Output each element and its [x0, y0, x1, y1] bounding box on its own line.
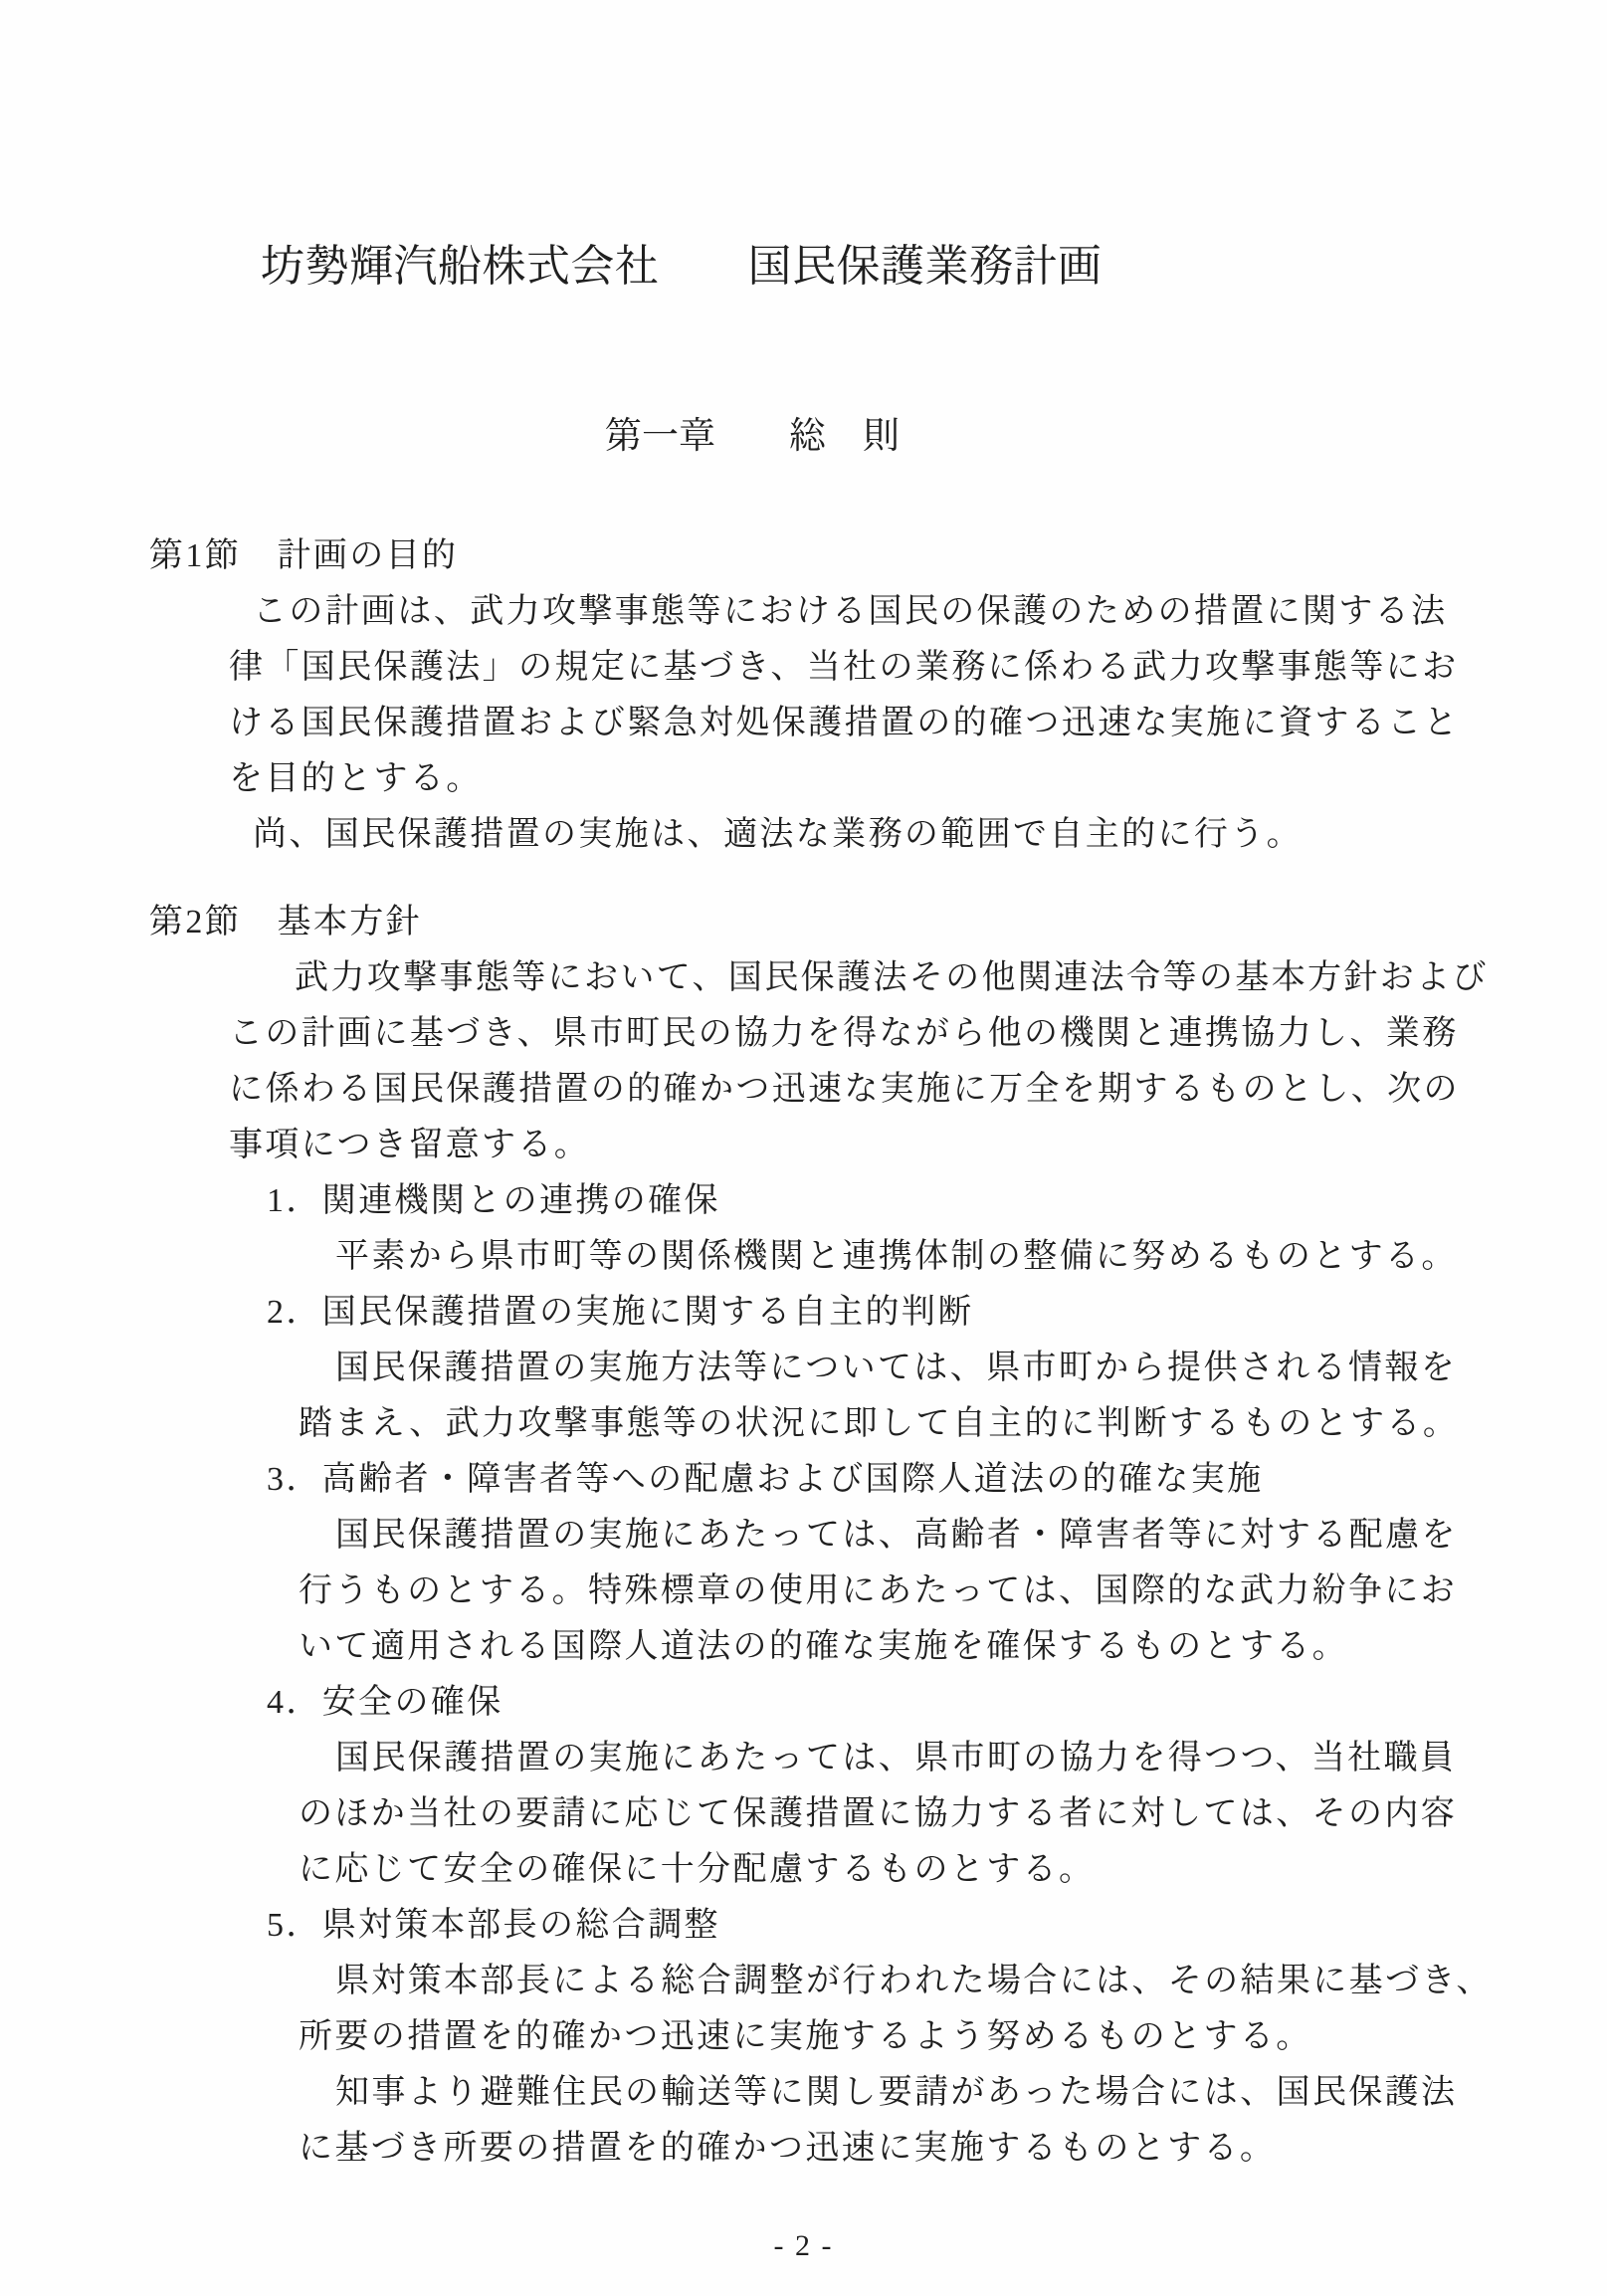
text-line: 行うものとする。特殊標章の使用にあたっては、国際的な武力紛争にお: [299, 1564, 1498, 1619]
page-number: - 2 -: [0, 2229, 1607, 2263]
text-line: 所要の措置を的確かつ迅速に実施するよう努めるものとする。: [299, 2009, 1498, 2065]
text-line: に基づき所要の措置を的確かつ迅速に実施するものとする。: [299, 2121, 1498, 2177]
section-2-heading: 第2節 基本方針: [149, 895, 1498, 950]
text-line: 事項につき留意する。: [229, 1118, 1498, 1173]
text-line: 知事より避難住民の輸送等に関し要請があった場合には、国民保護法: [335, 2065, 1498, 2121]
text-line: 尚、国民保護措置の実施は、適法な業務の範囲で自主的に行う。: [253, 807, 1498, 863]
section-1-heading: 第1節 計画の目的: [149, 528, 1498, 584]
text-line: ける国民保護措置および緊急対処保護措置の的確つ迅速な実施に資すること: [229, 696, 1498, 751]
text-line: この計画に基づき、県市町民の協力を得ながら他の機関と連携協力し、業務: [229, 1006, 1498, 1062]
list-item-1-heading: 1．関連機関との連携の確保: [267, 1173, 1498, 1229]
text-line: 踏まえ、武力攻撃事態等の状況に即して自主的に判断するものとする。: [299, 1396, 1498, 1452]
document-title: 坊勢輝汽船株式会社 国民保護業務計画: [261, 242, 1498, 292]
chapter-heading: 第一章 総 則: [605, 417, 1498, 457]
list-item-5-heading: 5．県対策本部長の総合調整: [267, 1898, 1498, 1954]
section-1: 第1節 計画の目的 この計画は、武力攻撃事態等における国民の保護のための措置に関…: [149, 528, 1498, 863]
list-item-4-heading: 4．安全の確保: [267, 1675, 1498, 1731]
list-item-3-heading: 3．高齢者・障害者等への配慮および国際人道法の的確な実施: [267, 1452, 1498, 1508]
text-line: 国民保護措置の実施方法等については、県市町から提供される情報を: [335, 1341, 1498, 1396]
document-page: 坊勢輝汽船株式会社 国民保護業務計画 第一章 総 則 第1節 計画の目的 この計…: [0, 0, 1607, 2296]
text-line: のほか当社の要請に応じて保護措置に協力する者に対しては、その内容: [299, 1786, 1498, 1842]
text-line: を目的とする。: [229, 751, 1498, 807]
text-line: に係わる国民保護措置の的確かつ迅速な実施に万全を期するものとし、次の: [229, 1062, 1498, 1118]
text-line: 国民保護措置の実施にあたっては、高齢者・障害者等に対する配慮を: [335, 1508, 1498, 1564]
text-line: 律「国民保護法」の規定に基づき、当社の業務に係わる武力攻撃事態等にお: [229, 640, 1498, 696]
text-line: いて適用される国際人道法の的確な実施を確保するものとする。: [299, 1619, 1498, 1675]
text-line: 県対策本部長による総合調整が行われた場合には、その結果に基づき、: [335, 1954, 1498, 2009]
text-line: 平素から県市町等の関係機関と連携体制の整備に努めるものとする。: [335, 1229, 1498, 1285]
document-content: 坊勢輝汽船株式会社 国民保護業務計画 第一章 総 則 第1節 計画の目的 この計…: [0, 242, 1607, 2177]
section-2: 第2節 基本方針 武力攻撃事態等において、国民保護法その他関連法令等の基本方針お…: [149, 895, 1498, 2177]
text-line: この計画は、武力攻撃事態等における国民の保護のための措置に関する法: [253, 584, 1498, 640]
text-line: 武力攻撃事態等において、国民保護法その他関連法令等の基本方針および: [295, 950, 1498, 1006]
list-item-2-heading: 2．国民保護措置の実施に関する自主的判断: [267, 1285, 1498, 1341]
text-line: 国民保護措置の実施にあたっては、県市町の協力を得つつ、当社職員: [335, 1731, 1498, 1786]
text-line: に応じて安全の確保に十分配慮するものとする。: [299, 1842, 1498, 1898]
